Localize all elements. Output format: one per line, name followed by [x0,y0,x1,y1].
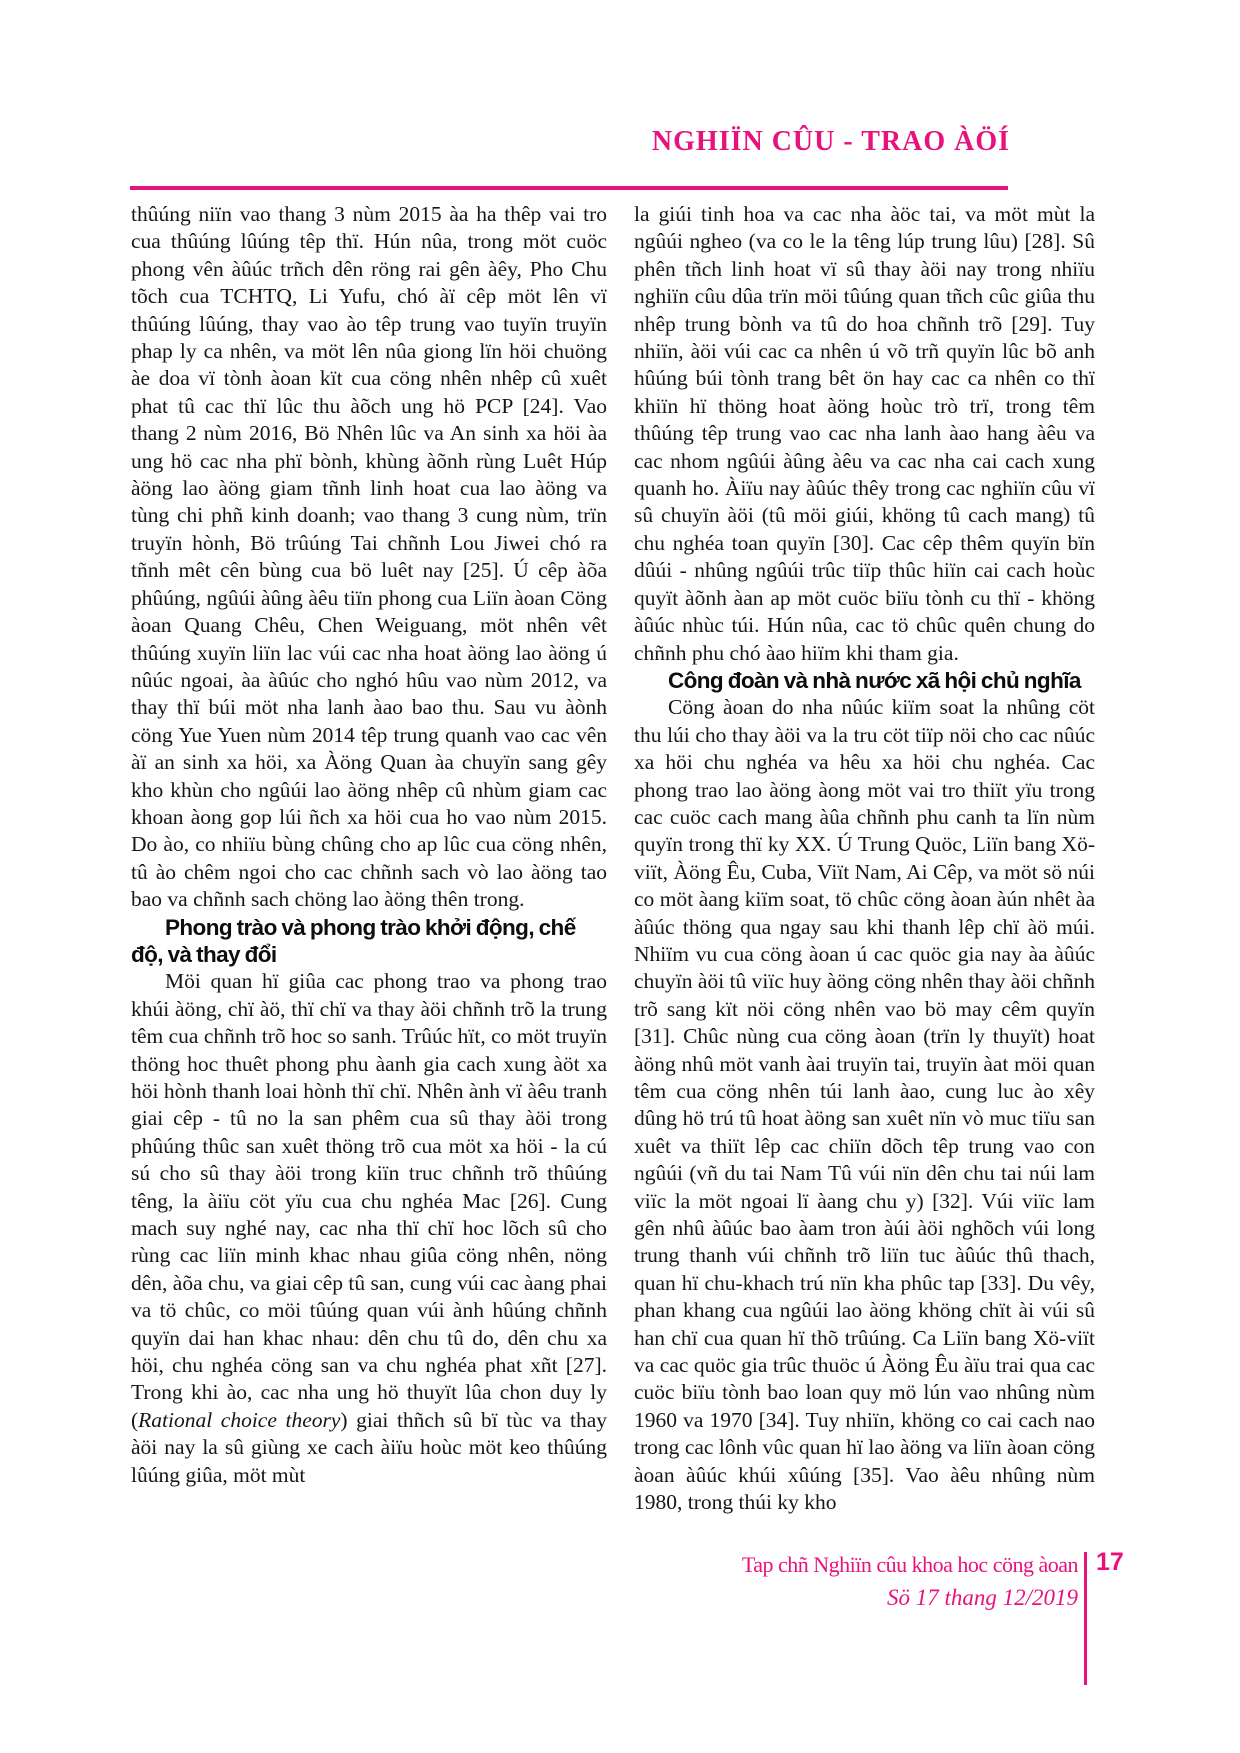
paragraph: Cöng àoan do nha nûúc kiïm soat la nhûng… [634,694,1095,1516]
paragraph: Möi quan hï giûa cac phong trao va phong… [131,968,607,1489]
left-column: thûúng niïn vao thang 3 nùm 2015 àa ha t… [131,201,607,1517]
paragraph: la giúi tinh hoa va cac nha àöc tai, va … [634,201,1095,667]
header-divider-rule [130,186,1008,190]
paragraph: thûúng niïn vao thang 3 nùm 2015 àa ha t… [131,201,607,914]
footer-issue-info: Sö 17 thang 12/2019 [887,1585,1078,1611]
article-body: thûúng niïn vao thang 3 nùm 2015 àa ha t… [131,201,1095,1517]
section-heading-movements: Phong trào và phong trào khởi động, chế … [131,914,607,969]
footer-journal-title: Tap chñ Nghiïn cûu khoa hoc cöng àoan [742,1552,1078,1578]
journal-page: NGHIÏN CÛU - TRAO ÀÖÍ thûúng niïn vao th… [0,0,1240,1753]
page-header-section-title: NGHIÏN CÛU - TRAO ÀÖÍ [652,126,1010,158]
footer-divider-rule [1084,1552,1087,1685]
section-heading-unions: Công đoàn và nhà nước xã hội chủ nghĩa [634,667,1095,694]
paragraph-text: Möi quan hï giûa cac phong trao va phong… [131,969,607,1432]
page-number: 17 [1096,1548,1124,1577]
right-column: la giúi tinh hoa va cac nha àöc tai, va … [634,201,1095,1517]
italic-term: Rational choice theory [138,1408,340,1432]
